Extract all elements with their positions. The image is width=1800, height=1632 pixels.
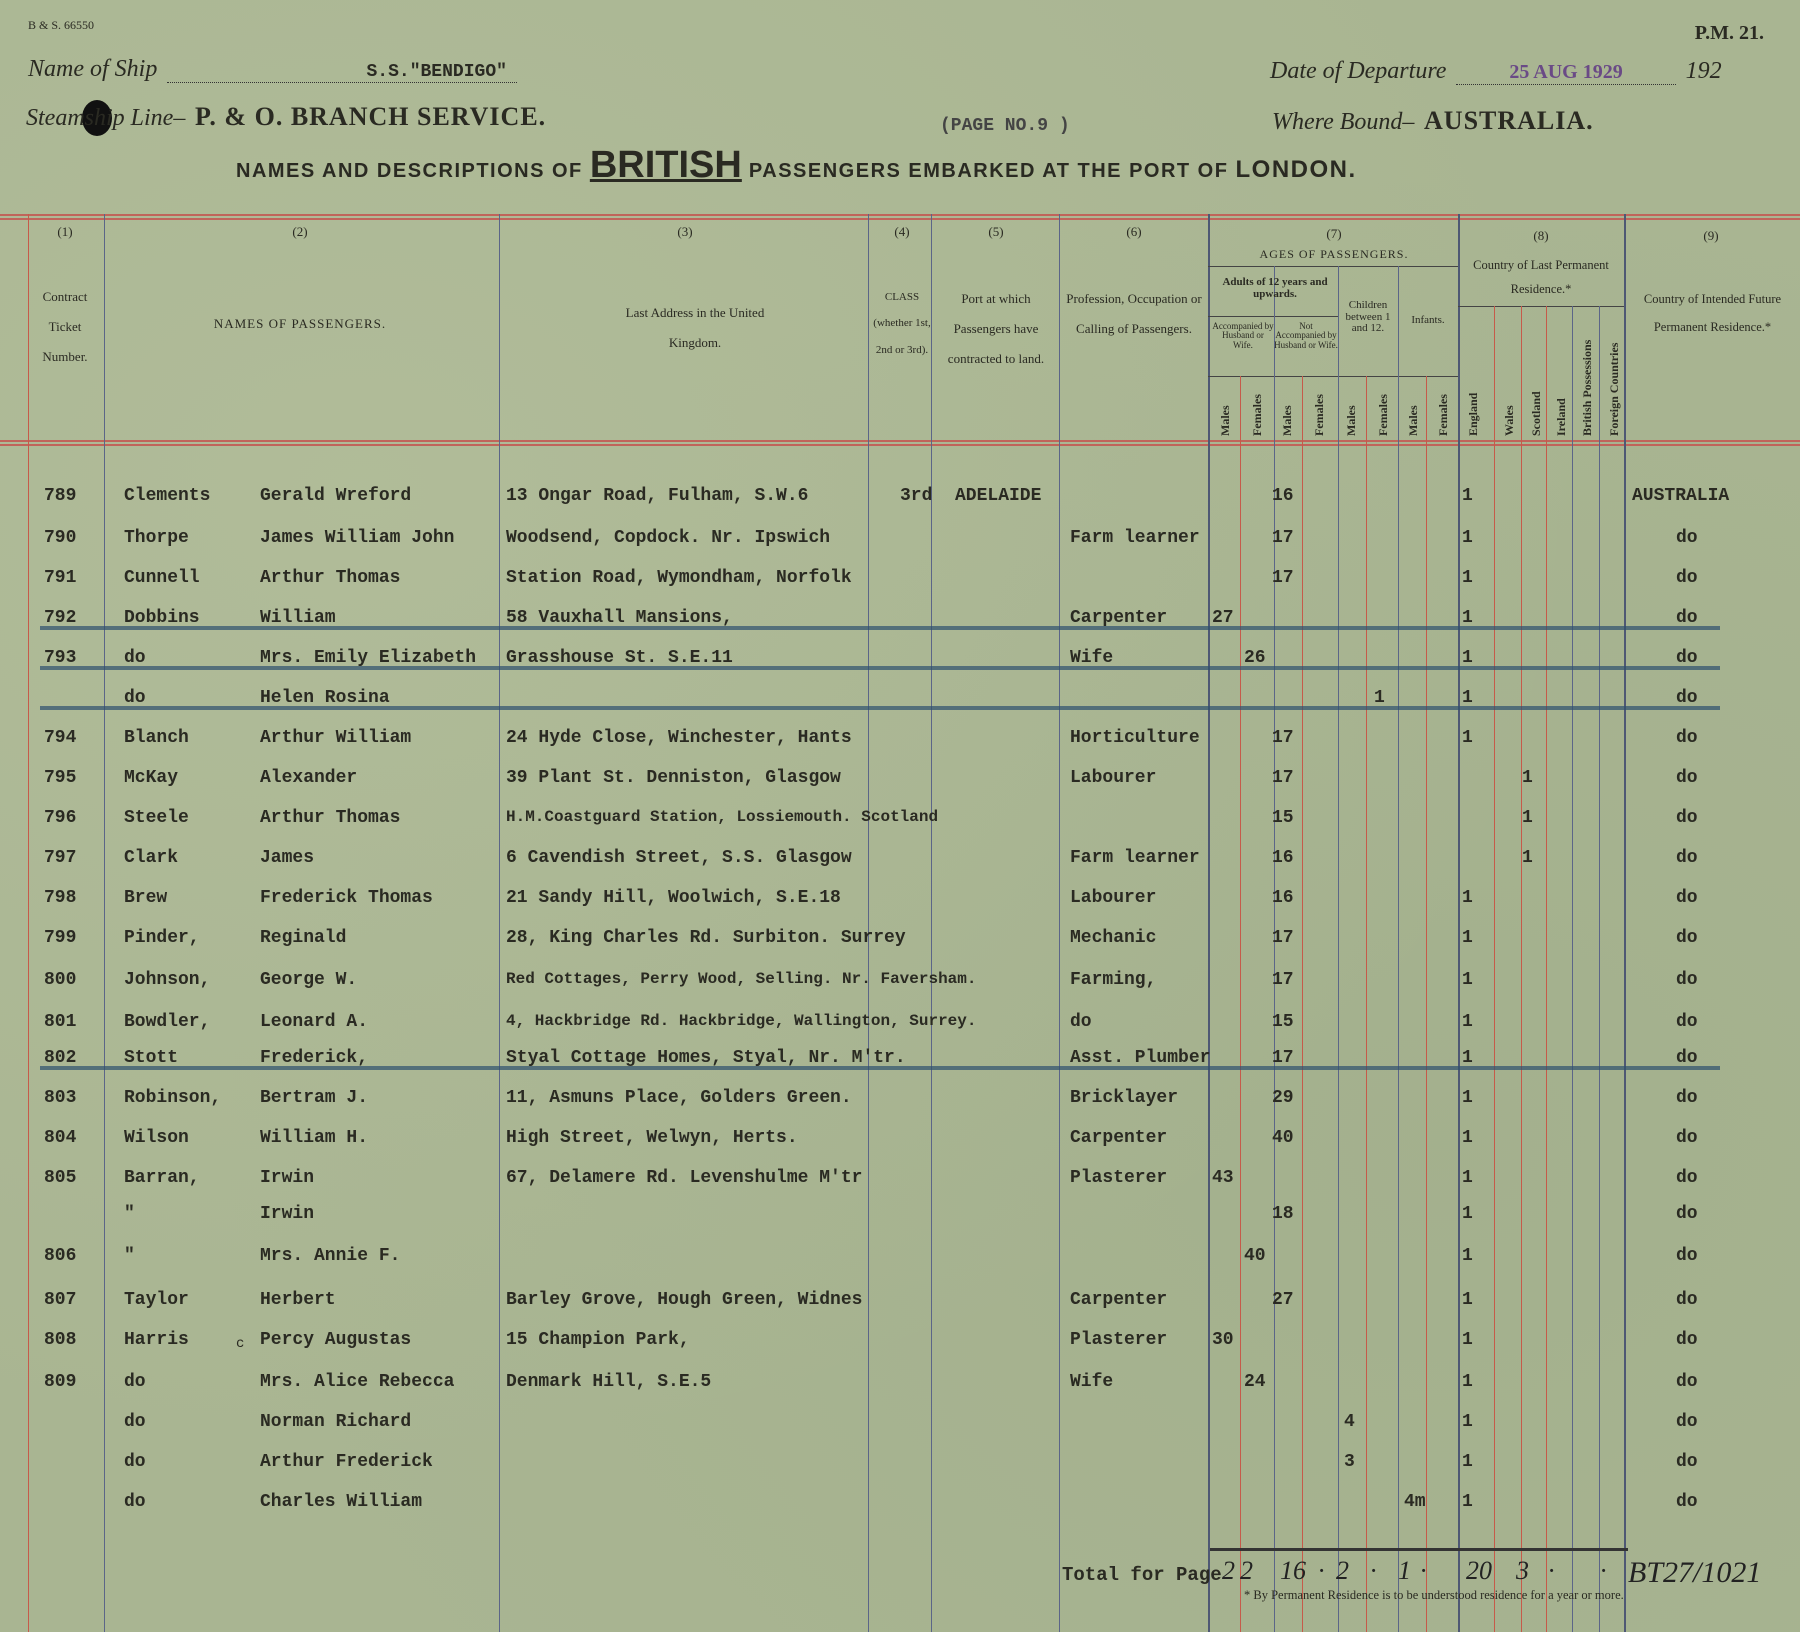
surname: Stott: [124, 1048, 178, 1068]
ticket-number: 805: [44, 1168, 76, 1188]
last-residence-mark: 1: [1462, 1452, 1473, 1472]
occupation: do: [1070, 1012, 1092, 1032]
females-subheader: Females: [1376, 380, 1391, 436]
table-row: 789ClementsGerald Wreford13 Ongar Road, …: [0, 486, 1800, 522]
col8-num: (8): [1460, 226, 1622, 246]
steamship-line: Steamship Line– P. & O. BRANCH SERVICE.: [26, 102, 546, 132]
ticket-number: 809: [44, 1372, 76, 1392]
last-residence-mark: 1: [1462, 568, 1473, 588]
total-figure: ·: [1318, 1556, 1325, 1586]
total-figure: 2: [1222, 1556, 1235, 1586]
surname: Clark: [124, 848, 178, 868]
passenger-age: 15: [1272, 1012, 1294, 1032]
given-names: Reginald: [260, 928, 346, 948]
ship-name-field: Name of Ship S.S."BENDIGO": [28, 56, 517, 83]
ticket-number: 792: [44, 608, 76, 628]
table-row: 802StottFrederick,Styal Cottage Homes, S…: [0, 1048, 1800, 1084]
page-title: NAMES AND DESCRIPTIONS OF BRITISH PASSEN…: [236, 144, 1357, 187]
table-row: 791CunnellArthur ThomasStation Road, Wym…: [0, 568, 1800, 604]
surname: McKay: [124, 768, 178, 788]
table-row: 796SteeleArthur ThomasH.M.Coastguard Sta…: [0, 808, 1800, 844]
country-subheader-scotland: Scotland: [1529, 318, 1544, 436]
passenger-age: 1: [1374, 688, 1385, 708]
occupation: Carpenter: [1070, 608, 1167, 628]
surname: do: [124, 648, 146, 668]
given-names: Frederick,: [260, 1048, 368, 1068]
strike-through: [40, 666, 1720, 670]
given-names: Mrs. Emily Elizabeth: [260, 648, 476, 668]
last-address: High Street, Welwyn, Herts.: [506, 1128, 798, 1148]
strike-through: [40, 706, 1720, 710]
passenger-age: 18: [1272, 1204, 1294, 1224]
passenger-age: 3: [1344, 1452, 1355, 1472]
last-address: 11, Asmuns Place, Golders Green.: [506, 1088, 852, 1108]
given-names: Arthur Frederick: [260, 1452, 433, 1472]
ticket-number: 800: [44, 970, 76, 990]
ticket-number: 802: [44, 1048, 76, 1068]
future-residence: do: [1676, 568, 1698, 588]
future-residence: do: [1676, 688, 1698, 708]
sex-rule: [1208, 376, 1458, 377]
occupation: Plasterer: [1070, 1168, 1167, 1188]
passenger-age: 15: [1272, 808, 1294, 828]
passenger-class: 3rd: [900, 486, 932, 506]
col5-num: (5): [934, 222, 1058, 242]
occupation: Wife: [1070, 1372, 1113, 1392]
future-residence: do: [1676, 1246, 1698, 1266]
future-residence: do: [1676, 1088, 1698, 1108]
table-row: 804WilsonWilliam H.High Street, Welwyn, …: [0, 1128, 1800, 1164]
passenger-age: 17: [1272, 970, 1294, 990]
passenger-age: 17: [1272, 768, 1294, 788]
occupation: Wife: [1070, 648, 1113, 668]
col1-label: Contract Ticket Number.: [30, 282, 100, 372]
passenger-age: 4: [1344, 1412, 1355, 1432]
where-bound: Where Bound– AUSTRALIA.: [1272, 106, 1594, 136]
departure-stamp-wrap: 25 AUG 1929: [1456, 61, 1676, 85]
future-residence: do: [1676, 608, 1698, 628]
future-residence: AUSTRALIA: [1632, 486, 1729, 506]
future-residence: do: [1676, 808, 1698, 828]
col9-num: (9): [1626, 226, 1796, 246]
ticket-number: 797: [44, 848, 76, 868]
last-address: 6 Cavendish Street, S.S. Glasgow: [506, 848, 852, 868]
total-figure: ·: [1370, 1556, 1377, 1586]
future-residence: do: [1676, 728, 1698, 748]
col7-label: AGES OF PASSENGERS.: [1210, 245, 1458, 263]
future-residence: do: [1676, 888, 1698, 908]
ship-name: S.S."BENDIGO": [167, 62, 517, 83]
given-names: Norman Richard: [260, 1412, 411, 1432]
departure-label: Date of Departure: [1270, 58, 1446, 84]
last-residence-mark: 1: [1462, 1204, 1473, 1224]
table-row: doArthur Frederick31do: [0, 1452, 1800, 1488]
surname: do: [124, 1372, 146, 1392]
passenger-age: 26: [1244, 648, 1266, 668]
passenger-age: 40: [1272, 1128, 1294, 1148]
table-row: 792DobbinsWilliam58 Vauxhall Mansions,Ca…: [0, 608, 1800, 644]
table-row: 800Johnson,George W.Red Cottages, Perry …: [0, 970, 1800, 1006]
last-address: Styal Cottage Homes, Styal, Nr. M'tr.: [506, 1048, 906, 1068]
surname: Steele: [124, 808, 189, 828]
ticket-number: 796: [44, 808, 76, 828]
future-residence: do: [1676, 1204, 1698, 1224]
surname: Barran,: [124, 1168, 200, 1188]
occupation: Bricklayer: [1070, 1088, 1178, 1108]
occupation: Farm learner: [1070, 848, 1200, 868]
col6-num: (6): [1060, 222, 1208, 242]
passenger-age: 24: [1244, 1372, 1266, 1392]
header-rule-2: [0, 444, 1800, 446]
last-residence-mark: 1: [1462, 528, 1473, 548]
future-residence: do: [1676, 1372, 1698, 1392]
given-names: Alexander: [260, 768, 357, 788]
line-name: P. & O. BRANCH SERVICE.: [195, 102, 546, 131]
line-label: Steamship Line–: [26, 105, 185, 131]
last-address: Station Road, Wymondham, Norfolk: [506, 568, 852, 588]
last-residence-mark: 1: [1462, 486, 1473, 506]
given-names: Arthur William: [260, 728, 411, 748]
last-address: 67, Delamere Rd. Levenshulme M'tr: [506, 1168, 862, 1188]
departure-stamp: 25 AUG 1929: [1509, 61, 1622, 83]
last-address: Grasshouse St. S.E.11: [506, 648, 733, 668]
surname: Taylor: [124, 1290, 189, 1310]
future-residence: do: [1676, 1290, 1698, 1310]
future-residence: do: [1676, 1452, 1698, 1472]
last-residence-mark: 1: [1462, 1246, 1473, 1266]
col1-num: (1): [30, 222, 100, 242]
archive-reference: BT27/1021: [1628, 1556, 1761, 1590]
occupation: Mechanic: [1070, 928, 1156, 948]
passenger-age: 43: [1212, 1168, 1234, 1188]
title-mid: PASSENGERS EMBARKED AT THE PORT OF: [749, 160, 1229, 182]
last-address: Red Cottages, Perry Wood, Selling. Nr. F…: [506, 970, 976, 988]
females-subheader: Females: [1250, 380, 1265, 436]
last-residence-mark: 1: [1462, 1330, 1473, 1350]
future-residence: do: [1676, 1128, 1698, 1148]
surname: do: [124, 688, 146, 708]
future-residence: do: [1676, 848, 1698, 868]
table-row: 790ThorpeJames William JohnWoodsend, Cop…: [0, 528, 1800, 564]
future-residence: do: [1676, 1492, 1698, 1512]
last-residence-mark: 1: [1462, 1128, 1473, 1148]
total-figure: 20: [1466, 1556, 1492, 1586]
females-subheader: Females: [1436, 380, 1451, 436]
col7-infants: Infants.: [1398, 312, 1458, 329]
last-address: 13 Ongar Road, Fulham, S.W.6: [506, 486, 808, 506]
passenger-age: 4m: [1404, 1492, 1426, 1512]
given-names: Charles William: [260, 1492, 422, 1512]
country-subheader-foreign-countries: Foreign Countries: [1607, 318, 1622, 436]
title-port: LONDON.: [1236, 156, 1357, 183]
total-figure: 2: [1240, 1556, 1253, 1586]
occupation: Carpenter: [1070, 1128, 1167, 1148]
given-names: Bertram J.: [260, 1088, 368, 1108]
table-row: doCharles William4m1do: [0, 1492, 1800, 1528]
footnote: * By Permanent Residence is to be unders…: [1244, 1588, 1624, 1603]
table-row: 809doMrs. Alice RebeccaDenmark Hill, S.E…: [0, 1372, 1800, 1408]
last-address: Denmark Hill, S.E.5: [506, 1372, 711, 1392]
occupation: Carpenter: [1070, 1290, 1167, 1310]
ticket-number: 798: [44, 888, 76, 908]
passenger-age: 30: [1212, 1330, 1234, 1350]
col7-accompanied: Accompanied by Husband or Wife.: [1212, 322, 1274, 350]
last-address: Woodsend, Copdock. Nr. Ipswich: [506, 528, 830, 548]
passenger-age: 16: [1272, 888, 1294, 908]
col2-label: NAMES OF PASSENGERS.: [105, 314, 495, 334]
country-subheader-ireland: Ireland: [1554, 318, 1569, 436]
country-subheader-england: England: [1466, 318, 1481, 436]
occupation: Farming,: [1070, 970, 1156, 990]
table-row: 808HarriscPercy Augustas15 Champion Park…: [0, 1330, 1800, 1366]
passenger-age: 17: [1272, 728, 1294, 748]
ticket-number: 808: [44, 1330, 76, 1350]
margin-mark: c: [236, 1336, 244, 1352]
surname: ": [124, 1204, 135, 1224]
males-subheader: Males: [1218, 380, 1233, 436]
given-names: Percy Augustas: [260, 1330, 411, 1350]
surname: do: [124, 1492, 146, 1512]
passenger-age: 17: [1272, 1048, 1294, 1068]
total-figure: ·: [1548, 1556, 1555, 1586]
col7-not-accompanied: Not Accompanied by Husband or Wife.: [1274, 322, 1338, 350]
passenger-age: 17: [1272, 568, 1294, 588]
given-names: Mrs. Alice Rebecca: [260, 1372, 454, 1392]
table-row: 797ClarkJames6 Cavendish Street, S.S. Gl…: [0, 848, 1800, 884]
col3-label: Last Address in the United Kingdom.: [620, 298, 770, 358]
last-residence-mark: 1: [1462, 1168, 1473, 1188]
surname: Brew: [124, 888, 167, 908]
last-address: H.M.Coastguard Station, Lossiemouth. Sco…: [506, 808, 938, 826]
given-names: James: [260, 848, 314, 868]
males-subheader: Males: [1280, 380, 1295, 436]
last-residence-mark: 1: [1462, 608, 1473, 628]
total-label: Total for Page: [1062, 1564, 1222, 1586]
total-figure: ·: [1420, 1556, 1427, 1586]
passenger-age: 16: [1272, 486, 1294, 506]
passenger-age: 16: [1272, 848, 1294, 868]
future-residence: do: [1676, 1330, 1698, 1350]
future-residence: do: [1676, 1412, 1698, 1432]
departure-field: Date of Departure 25 AUG 1929 192: [1270, 58, 1722, 85]
col4-num: (4): [872, 222, 932, 242]
ticket-number: 789: [44, 486, 76, 506]
last-address: 24 Hyde Close, Winchester, Hants: [506, 728, 852, 748]
ticket-number: 804: [44, 1128, 76, 1148]
departure-year: 192: [1686, 58, 1722, 84]
given-names: Irwin: [260, 1168, 314, 1188]
passenger-age: 27: [1272, 1290, 1294, 1310]
given-names: George W.: [260, 970, 357, 990]
last-address: 39 Plant St. Denniston, Glasgow: [506, 768, 841, 788]
last-address: 58 Vauxhall Mansions,: [506, 608, 733, 628]
ticket-number: 790: [44, 528, 76, 548]
future-residence: do: [1676, 928, 1698, 948]
given-names: Mrs. Annie F.: [260, 1246, 400, 1266]
header-rule: [0, 440, 1800, 442]
surname: Clements: [124, 486, 210, 506]
strike-through: [40, 626, 1720, 630]
passenger-age: 27: [1212, 608, 1234, 628]
surname: Bowdler,: [124, 1012, 210, 1032]
given-names: Arthur Thomas: [260, 568, 400, 588]
future-residence: do: [1676, 648, 1698, 668]
last-residence-mark: 1: [1522, 848, 1533, 868]
ticket-number: 795: [44, 768, 76, 788]
future-residence: do: [1676, 1048, 1698, 1068]
surname: Dobbins: [124, 608, 200, 628]
surname: Cunnell: [124, 568, 200, 588]
last-residence-mark: 1: [1462, 1088, 1473, 1108]
occupation: Farm learner: [1070, 528, 1200, 548]
males-subheader: Males: [1406, 380, 1421, 436]
females-subheader: Females: [1312, 380, 1327, 436]
col6-label: Profession, Occupation or Calling of Pas…: [1060, 284, 1208, 344]
last-address: 4, Hackbridge Rd. Hackbridge, Wallington…: [506, 1012, 976, 1030]
passenger-age: 40: [1244, 1246, 1266, 1266]
col5-label: Port at which Passengers have contracted…: [934, 284, 1058, 374]
ship-label: Name of Ship: [28, 56, 157, 82]
last-address: Barley Grove, Hough Green, Widnes: [506, 1290, 862, 1310]
given-names: Gerald Wreford: [260, 486, 411, 506]
title-british: BRITISH: [590, 144, 742, 186]
table-row: 795McKayAlexander39 Plant St. Denniston,…: [0, 768, 1800, 804]
col4-label: CLASS (whether 1st, 2nd or 3rd).: [872, 284, 932, 363]
last-residence-mark: 1: [1462, 1012, 1473, 1032]
last-residence-mark: 1: [1522, 768, 1533, 788]
last-residence-mark: 1: [1462, 970, 1473, 990]
surname: do: [124, 1412, 146, 1432]
given-names: Herbert: [260, 1290, 336, 1310]
title-pre: NAMES AND DESCRIPTIONS OF: [236, 160, 583, 182]
table-row: 807TaylorHerbertBarley Grove, Hough Gree…: [0, 1290, 1800, 1326]
surname: Harris: [124, 1330, 189, 1350]
given-names: Arthur Thomas: [260, 808, 400, 828]
bound-label: Where Bound–: [1272, 109, 1414, 135]
passenger-age: 17: [1272, 528, 1294, 548]
form-number: P.M. 21.: [1695, 22, 1764, 45]
total-figure: ·: [1600, 1556, 1607, 1586]
future-residence: do: [1676, 1168, 1698, 1188]
last-residence-mark: 1: [1462, 648, 1473, 668]
last-residence-mark: 1: [1462, 1290, 1473, 1310]
port-of-landing: ADELAIDE: [955, 486, 1041, 506]
table-row: 803Robinson,Bertram J.11, Asmuns Place, …: [0, 1088, 1800, 1124]
last-residence-mark: 1: [1462, 1412, 1473, 1432]
table-row: 801Bowdler,Leonard A.4, Hackbridge Rd. H…: [0, 1012, 1800, 1048]
table-row: 799Pinder,Reginald28, King Charles Rd. S…: [0, 928, 1800, 964]
last-residence-mark: 1: [1462, 688, 1473, 708]
occupation: Labourer: [1070, 768, 1156, 788]
surname: Robinson,: [124, 1088, 221, 1108]
surname: Johnson,: [124, 970, 210, 990]
table-row: 793doMrs. Emily ElizabethGrasshouse St. …: [0, 648, 1800, 684]
ticket-number: 794: [44, 728, 76, 748]
total-figure: 1: [1398, 1556, 1411, 1586]
last-residence-mark: 1: [1522, 808, 1533, 828]
occupation: Plasterer: [1070, 1330, 1167, 1350]
table-row: 805Barran,Irwin67, Delamere Rd. Levenshu…: [0, 1168, 1800, 1204]
occupation: Labourer: [1070, 888, 1156, 908]
ticket-number: 801: [44, 1012, 76, 1032]
last-residence-mark: 1: [1462, 728, 1473, 748]
form-code: B & S. 66550: [28, 18, 94, 33]
given-names: William: [260, 608, 336, 628]
occupation: Asst. Plumber: [1070, 1048, 1210, 1068]
males-subheader: Males: [1344, 380, 1359, 436]
col7-adults: Adults of 12 years and upwards.: [1212, 276, 1338, 300]
future-residence: do: [1676, 768, 1698, 788]
total-rule: [1210, 1548, 1628, 1551]
ticket-number: 791: [44, 568, 76, 588]
last-address: 28, King Charles Rd. Surbiton. Surrey: [506, 928, 906, 948]
table-row: 794BlanchArthur William24 Hyde Close, Wi…: [0, 728, 1800, 764]
top-rule: [0, 214, 1800, 216]
col8-label: Country of Last Permanent Residence.*: [1460, 254, 1622, 302]
surname: do: [124, 1452, 146, 1472]
ticket-number: 793: [44, 648, 76, 668]
passenger-age: 17: [1272, 928, 1294, 948]
last-address: 21 Sandy Hill, Woolwich, S.E.18: [506, 888, 841, 908]
passenger-age: 29: [1272, 1088, 1294, 1108]
future-residence: do: [1676, 528, 1698, 548]
given-names: Frederick Thomas: [260, 888, 433, 908]
adults-rule: [1208, 316, 1338, 317]
col7-children: Children between 1 and 12.: [1338, 300, 1398, 335]
last-residence-mark: 1: [1462, 1048, 1473, 1068]
total-figure: 2: [1336, 1556, 1349, 1586]
given-names: Helen Rosina: [260, 688, 390, 708]
bound-value: AUSTRALIA.: [1424, 106, 1594, 135]
future-residence: do: [1676, 970, 1698, 990]
given-names: Leonard A.: [260, 1012, 368, 1032]
col7-num: (7): [1210, 226, 1458, 242]
last-residence-mark: 1: [1462, 1372, 1473, 1392]
future-residence: do: [1676, 1012, 1698, 1032]
surname: Thorpe: [124, 528, 189, 548]
given-names: Irwin: [260, 1204, 314, 1224]
ticket-number: 799: [44, 928, 76, 948]
table-row: 798BrewFrederick Thomas21 Sandy Hill, Wo…: [0, 888, 1800, 924]
total-figure: 16: [1280, 1556, 1306, 1586]
table-row: "Irwin181do: [0, 1204, 1800, 1240]
surname: Pinder,: [124, 928, 200, 948]
top-rule-2: [0, 218, 1800, 220]
country-subheader-wales: Wales: [1502, 318, 1517, 436]
ages-rule: [1208, 266, 1458, 267]
occupation: Horticulture: [1070, 728, 1200, 748]
total-figure: 3: [1516, 1556, 1529, 1586]
strike-through: [40, 1066, 1720, 1070]
page-number: (PAGE NO.9 ): [940, 116, 1070, 136]
surname: ": [124, 1246, 135, 1266]
ticket-number: 803: [44, 1088, 76, 1108]
last-residence-mark: 1: [1462, 888, 1473, 908]
col3-num: (3): [500, 222, 870, 242]
given-names: James William John: [260, 528, 454, 548]
table-row: doHelen Rosina11do: [0, 688, 1800, 724]
col9-label: Country of Intended Future Permanent Res…: [1640, 286, 1785, 341]
given-names: William H.: [260, 1128, 368, 1148]
surname: Wilson: [124, 1128, 189, 1148]
ticket-number: 807: [44, 1290, 76, 1310]
last-residence-mark: 1: [1462, 1492, 1473, 1512]
table-row: doNorman Richard41do: [0, 1412, 1800, 1448]
last-address: 15 Champion Park,: [506, 1330, 690, 1350]
surname: Blanch: [124, 728, 189, 748]
table-row: 806"Mrs. Annie F.401do: [0, 1246, 1800, 1282]
ticket-number: 806: [44, 1246, 76, 1266]
